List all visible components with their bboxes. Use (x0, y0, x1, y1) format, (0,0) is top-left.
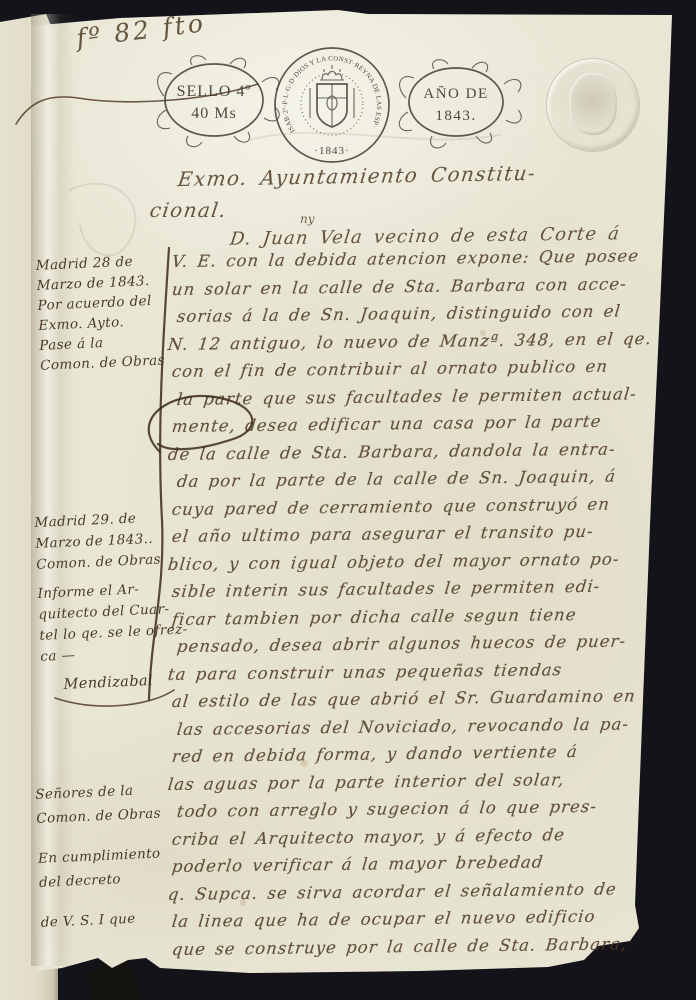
foxing-spot (240, 900, 246, 906)
stamp-sello-line1: SELLO 4º (177, 83, 252, 100)
stamp-ano-line1: AÑO DE (423, 86, 488, 102)
seal-year-text: ·1843· (314, 145, 349, 157)
stamp-oval-border (409, 68, 503, 136)
stamp-oval-border (165, 64, 263, 136)
margin-note-line: Comon. de Obras (36, 801, 169, 831)
margin-note-acuerdo: Madrid 28 de Marzo de 1843. Por acuerdo … (35, 250, 172, 376)
royal-coat-of-arms-icon (301, 65, 363, 135)
margin-note-line: del decreto (39, 865, 172, 895)
margin-note-line: Comon. de Obras (36, 549, 169, 576)
margin-note-cumplimiento: Señores de la Comon. de Obras En cumplim… (35, 777, 174, 935)
heading-line-2: cional. (148, 198, 228, 222)
stamp-sello-line2: 40 Ms (191, 105, 236, 122)
margin-note-informe: Madrid 29. de Marzo de 1843.. Comon. de … (34, 507, 174, 697)
manuscript-scan: fº 82 fto SELLO 4º 40 Ms ISAB·2ª·P·L·G·D… (0, 0, 696, 1000)
foxing-spot (300, 760, 308, 767)
foxing-spot (520, 640, 525, 645)
margin-note-line: ca — (40, 641, 173, 668)
embossed-crest (569, 73, 617, 135)
interline-insertion: ny (300, 212, 315, 226)
foxing-spot (480, 330, 486, 336)
royal-seal-stamp: ISAB·2ª·P·L·G·D·DIOS Y LA CONST·REYNA DE… (266, 40, 400, 176)
stamp-scrollwork (157, 56, 279, 147)
stamp-ano-line2: 1843. (435, 108, 476, 124)
ano-de-stamp: AÑO DE 1843. (388, 56, 538, 152)
embossed-seal (546, 58, 640, 152)
